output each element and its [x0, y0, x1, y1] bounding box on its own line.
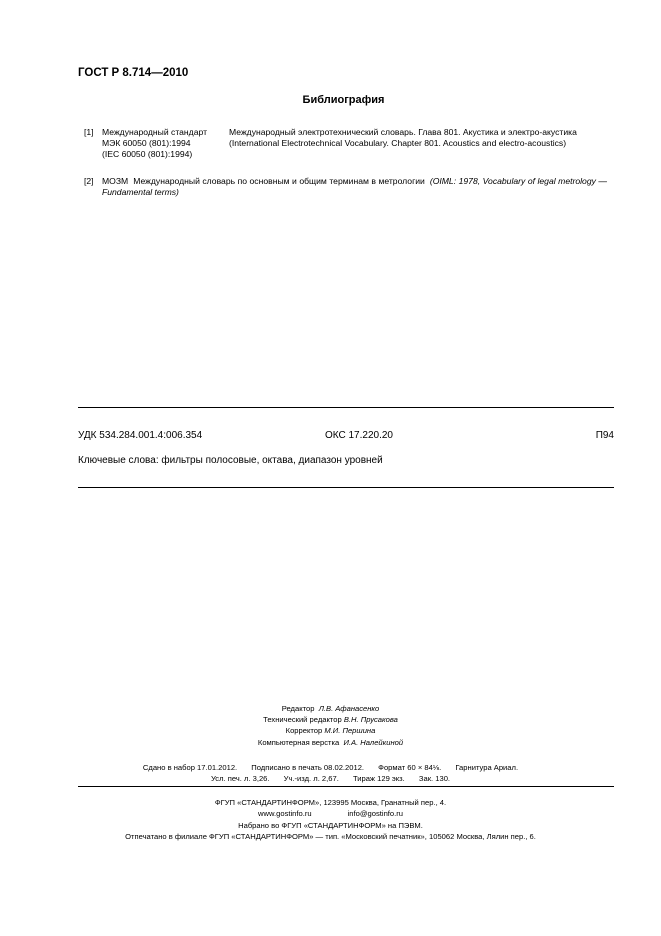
ref-1-standard-line: МЭК 60050 (801):1994: [102, 138, 232, 149]
print-format: Формат 60 × 84⅛.: [378, 763, 441, 772]
bibliography-title: Библиография: [0, 94, 661, 106]
divider-middle: [78, 487, 614, 488]
ref-1-description: Международный электротехнический словарь…: [229, 127, 607, 149]
print-date-signed: Подписано в печать 08.02.2012.: [251, 763, 364, 772]
print-info-line-2: Усл. печ. л. 3,26. Уч.-изд. л. 2,67. Тир…: [0, 773, 661, 784]
credit-role: Редактор: [282, 704, 315, 713]
ref-1-standard-line: Международный стандарт: [102, 127, 232, 138]
publisher-email-link[interactable]: info@gostinfo.ru: [348, 809, 403, 818]
print-sheets: Усл. печ. л. 3,26.: [211, 774, 270, 783]
ref-1-title-en: (International Electrotechnical Vocabula…: [229, 138, 607, 149]
credit-proofreader: Корректор М.И. Першина: [0, 725, 661, 736]
ref-2-description: МОЗМ Международный словарь по основным и…: [102, 176, 607, 198]
credit-name: В.Н. Прусакова: [344, 715, 398, 724]
group-code: П94: [596, 430, 614, 441]
print-info-line-1: Сдано в набор 17.01.2012. Подписано в пе…: [0, 762, 661, 773]
ref-1-standard-line: (IEC 60050 (801):1994): [102, 149, 232, 160]
divider-bottom: [78, 786, 614, 787]
divider-top: [78, 407, 614, 408]
oks-code: ОКС 17.220.20: [325, 430, 393, 441]
credit-tech-editor: Технический редактор В.Н. Прусакова: [0, 714, 661, 725]
print-run: Тираж 129 экз.: [353, 774, 405, 783]
publisher-address: ФГУП «СТАНДАРТИНФОРМ», 123995 Москва, Гр…: [0, 797, 661, 808]
publisher-contacts: www.gostinfo.ruinfo@gostinfo.ru: [0, 808, 661, 819]
ref-2-org: МОЗМ: [102, 176, 128, 186]
credit-name: Л.В. Афанасенко: [319, 704, 380, 713]
publisher-typeset-note: Набрано во ФГУП «СТАНДАРТИНФОРМ» на ПЭВМ…: [0, 820, 661, 831]
credit-layout: Компьютерная верстка И.А. Налейкиной: [0, 737, 661, 748]
credit-role: Компьютерная верстка: [258, 738, 339, 747]
ref-1-title-ru: Международный электротехнический словарь…: [229, 127, 607, 138]
ref-2-number: [2]: [84, 176, 94, 187]
print-typeface: Гарнитура Ариал.: [455, 763, 518, 772]
publisher-website-link[interactable]: www.gostinfo.ru: [258, 809, 312, 818]
credit-role: Технический редактор: [263, 715, 342, 724]
print-pub-sheets: Уч.-изд. л. 2,67.: [284, 774, 339, 783]
publisher-printed-note: Отпечатано в филиале ФГУП «СТАНДАРТИНФОР…: [0, 831, 661, 842]
credits-block: Редактор Л.В. Афанасенко Технический ред…: [0, 703, 661, 748]
credit-role: Корректор: [286, 726, 323, 735]
keywords: Ключевые слова: фильтры полосовые, октав…: [78, 455, 383, 466]
print-date-typeset: Сдано в набор 17.01.2012.: [143, 763, 237, 772]
credit-name: М.И. Першина: [324, 726, 375, 735]
udk-code: УДК 534.284.001.4:006.354: [78, 430, 202, 441]
document-code: ГОСТ Р 8.714—2010: [78, 67, 188, 79]
credit-name: И.А. Налейкиной: [343, 738, 403, 747]
print-info: Сдано в набор 17.01.2012. Подписано в пе…: [0, 762, 661, 784]
ref-1-standard: Международный стандарт МЭК 60050 (801):1…: [102, 127, 232, 160]
ref-1-number: [1]: [84, 127, 94, 138]
credit-editor: Редактор Л.В. Афанасенко: [0, 703, 661, 714]
publisher-block: ФГУП «СТАНДАРТИНФОРМ», 123995 Москва, Гр…: [0, 797, 661, 842]
ref-2-title-ru: Международный словарь по основным и общи…: [133, 176, 425, 186]
print-order: Зак. 130.: [419, 774, 450, 783]
